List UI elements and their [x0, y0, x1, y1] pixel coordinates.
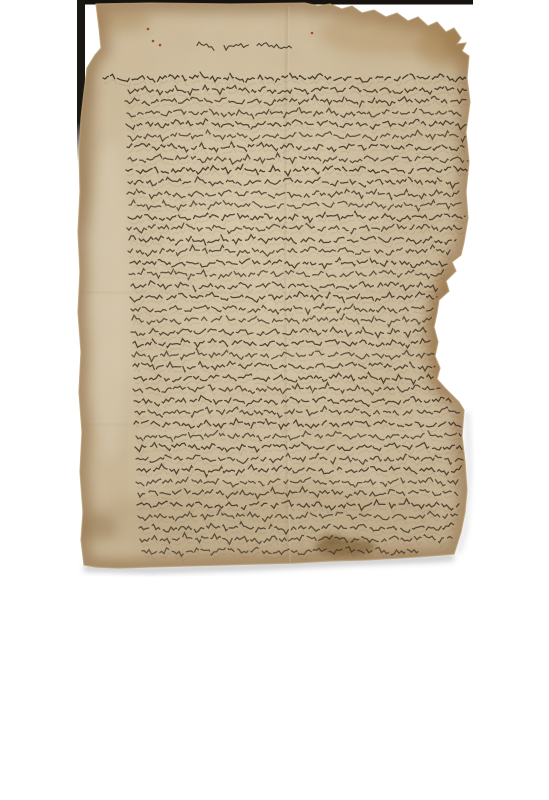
red-ink-speck: [147, 28, 150, 31]
red-ink-speck: [311, 32, 314, 35]
red-ink-speck: [152, 40, 155, 43]
manuscript-scan-page: Scanned handwritten manuscript letter on…: [0, 0, 549, 800]
red-ink-speck: [159, 44, 162, 47]
scanned-letter-image: [0, 0, 549, 800]
paper-surface: [60, 0, 490, 590]
stain: [90, 140, 130, 460]
